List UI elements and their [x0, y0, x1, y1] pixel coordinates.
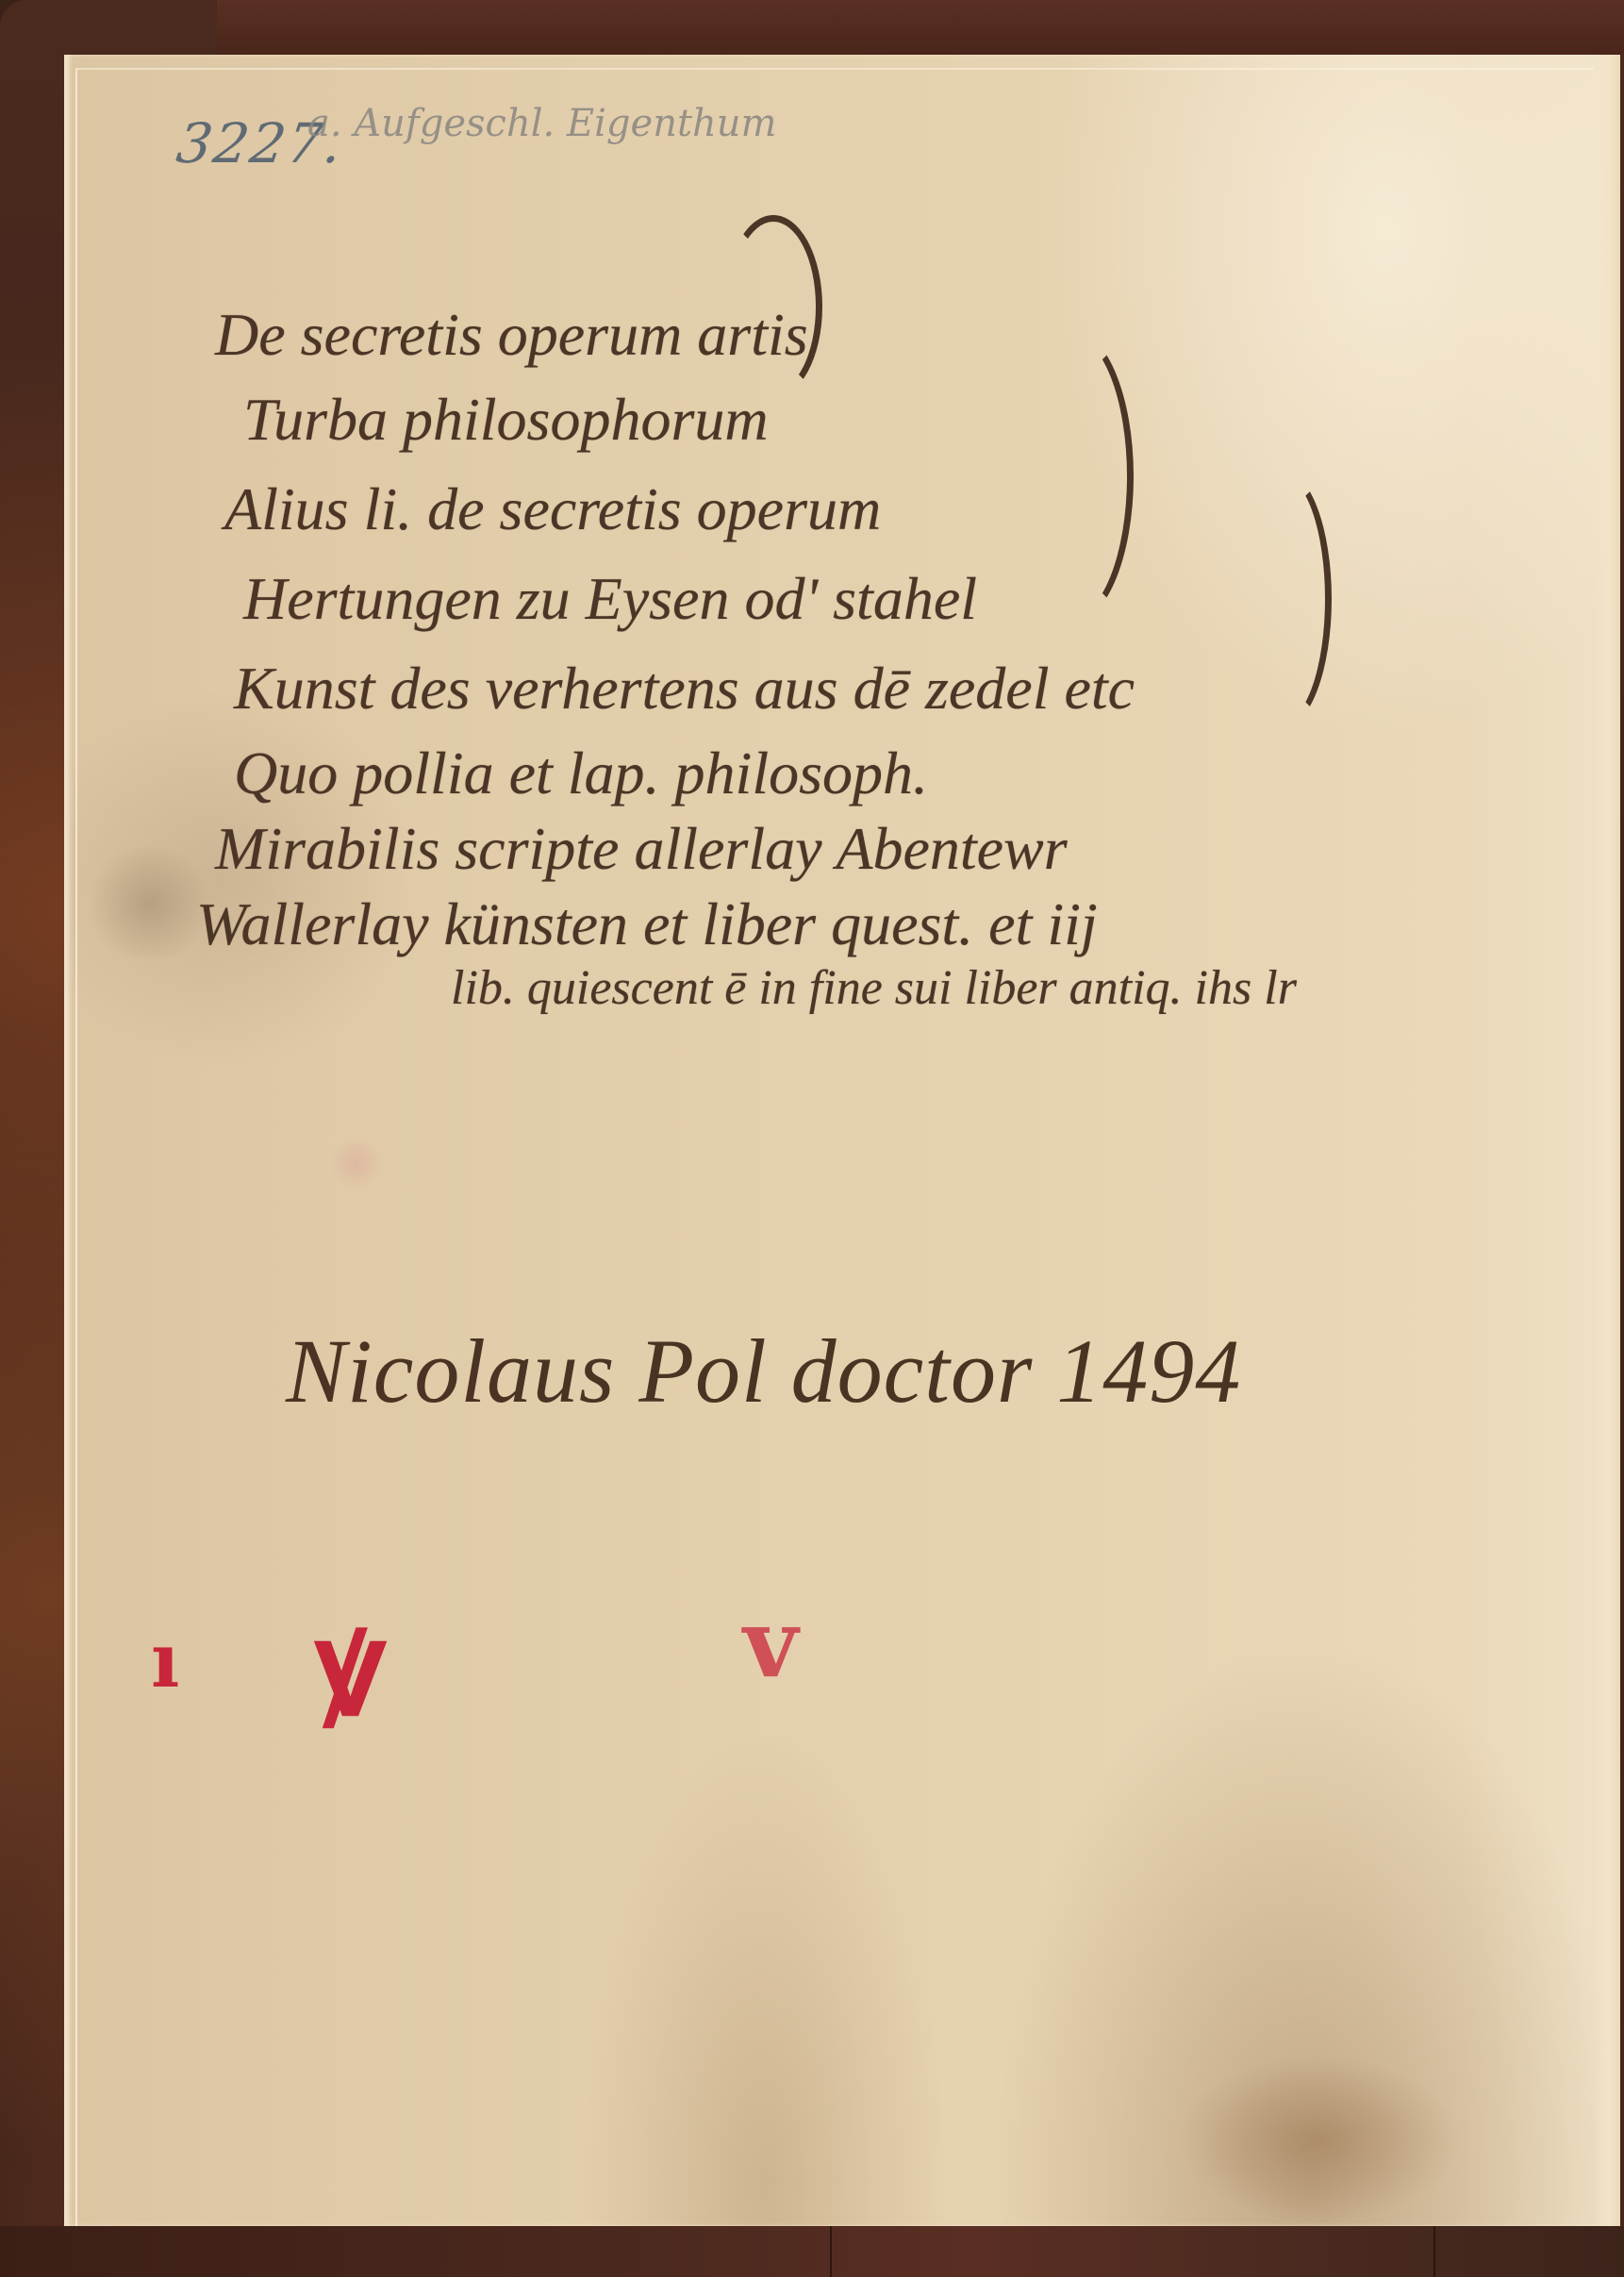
contents-line: Turba philosophorum [243, 385, 769, 455]
page-right-edge [1594, 55, 1620, 2226]
contents-line: De secretis operum artis [215, 300, 808, 370]
contents-line: Hertungen zu Eysen od' stahel [243, 564, 977, 634]
contents-line: Mirabilis scripte allerlay Abentewr [215, 814, 1068, 884]
contents-line: lib. quiescent ē in fine sui liber antiq… [451, 960, 1297, 1016]
rubric-mark: ı [151, 1616, 179, 1704]
contents-line: Quo pollia et lap. philosoph. [234, 739, 928, 808]
contents-line: Wallerlay künsten et liber quest. et iij [196, 889, 1098, 959]
contents-line: Alius li. de secretis operum [224, 474, 881, 544]
parchment-page: 3227. a. Aufgeschl. Eigenthum De secreti… [64, 55, 1620, 2226]
foxing-stain [83, 847, 215, 960]
shelfmark-note: a. Aufgeschl. Eigenthum [307, 102, 776, 145]
flourish-stroke [1234, 470, 1332, 728]
water-stain [1177, 2054, 1460, 2224]
owner-signature: Nicolaus Pol doctor 1494 [286, 1319, 1241, 1423]
contents-line: Kunst des verhertens aus dē zedel etc [234, 654, 1135, 723]
flourish-stroke [1007, 328, 1134, 624]
rubric-mark: ꝟ [317, 1573, 383, 1753]
binding-top-edge [217, 0, 1624, 55]
rubric-mark: v [743, 1587, 798, 1699]
foxing-stain [328, 1139, 385, 1187]
binding-bottom-edge [0, 2226, 1624, 2277]
